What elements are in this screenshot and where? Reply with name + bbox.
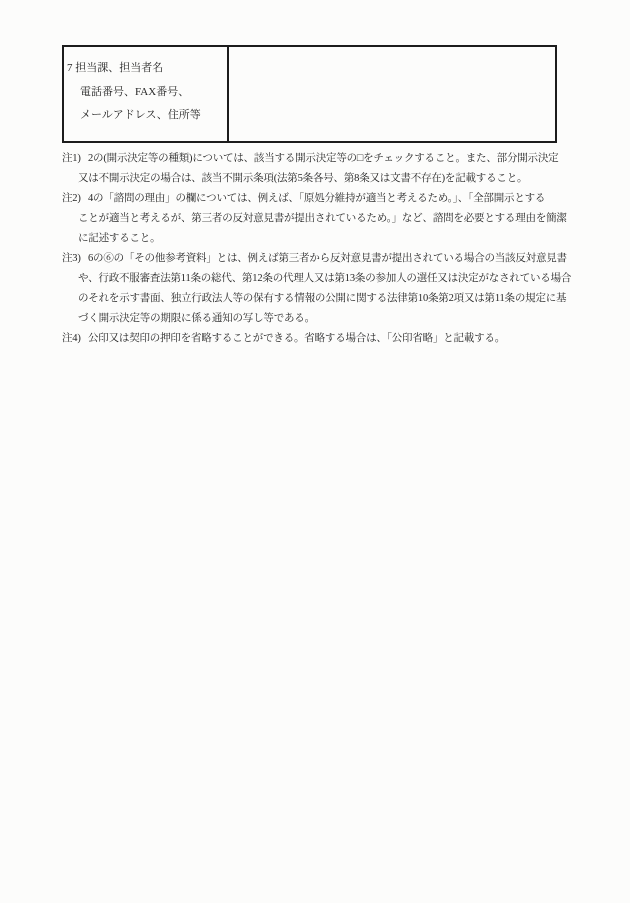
note-3: 注3) 6の⑥の「その他参考資料」とは、例えば第三者から反対意見書が提出されてい… [62,249,602,329]
note-label: 注2) [62,189,81,209]
note-line: や、行政不服審査法第11条の総代、第12条の代理人又は第13条の参加人の選任又は… [78,269,602,289]
table-header-line: 7 担当課、担当者名 [67,57,225,81]
table-value-cell-contact [229,47,555,141]
document-page: 7 担当課、担当者名 電話番号、FAX番号、 メールアドレス、住所等 注1) 2… [0,0,630,903]
note-line: 6の⑥の「その他参考資料」とは、例えば第三者から反対意見書が提出されている場合の… [78,249,602,269]
note-line: に記述すること。 [78,229,602,249]
note-line: 又は不開示決定の場合は、該当不開示条項(法第5条各号、第8条又は文書不存在)を記… [78,169,602,189]
note-line: 公印又は契印の押印を省略することができる。省略する場合は、「公印省略」と記載する… [78,329,602,349]
note-line: ことが適当と考えるが、第三者の反対意見書が提出されているため。」など、諮問を必要… [78,209,602,229]
note-4: 注4) 公印又は契印の押印を省略することができる。省略する場合は、「公印省略」と… [62,329,602,349]
note-1: 注1) 2の(開示決定等の種類)については、該当する開示決定等の□をチェックする… [62,149,602,189]
note-line: 2の(開示決定等の種類)については、該当する開示決定等の□をチェックすること。ま… [78,149,602,169]
form-table: 7 担当課、担当者名 電話番号、FAX番号、 メールアドレス、住所等 [62,45,557,143]
note-2: 注2) 4の「諮問の理由」の欄については、例えば、「原処分維持が適当と考えるため… [62,189,602,249]
note-label: 注1) [62,149,81,169]
note-label: 注3) [62,249,81,269]
table-header-line: メールアドレス、住所等 [67,104,225,128]
note-line: づく開示決定等の期限に係る通知の写し等である。 [78,309,602,329]
notes-section: 注1) 2の(開示決定等の種類)については、該当する開示決定等の□をチェックする… [62,149,602,349]
table-header-cell-contact: 7 担当課、担当者名 電話番号、FAX番号、 メールアドレス、住所等 [64,47,229,141]
note-label: 注4) [62,329,81,349]
note-line: 4の「諮問の理由」の欄については、例えば、「原処分維持が適当と考えるため。」、「… [78,189,602,209]
note-line: のそれを示す書面、独立行政法人等の保有する情報の公開に関する法律第10条第2項又… [78,289,602,309]
table-header-line: 電話番号、FAX番号、 [67,81,225,105]
